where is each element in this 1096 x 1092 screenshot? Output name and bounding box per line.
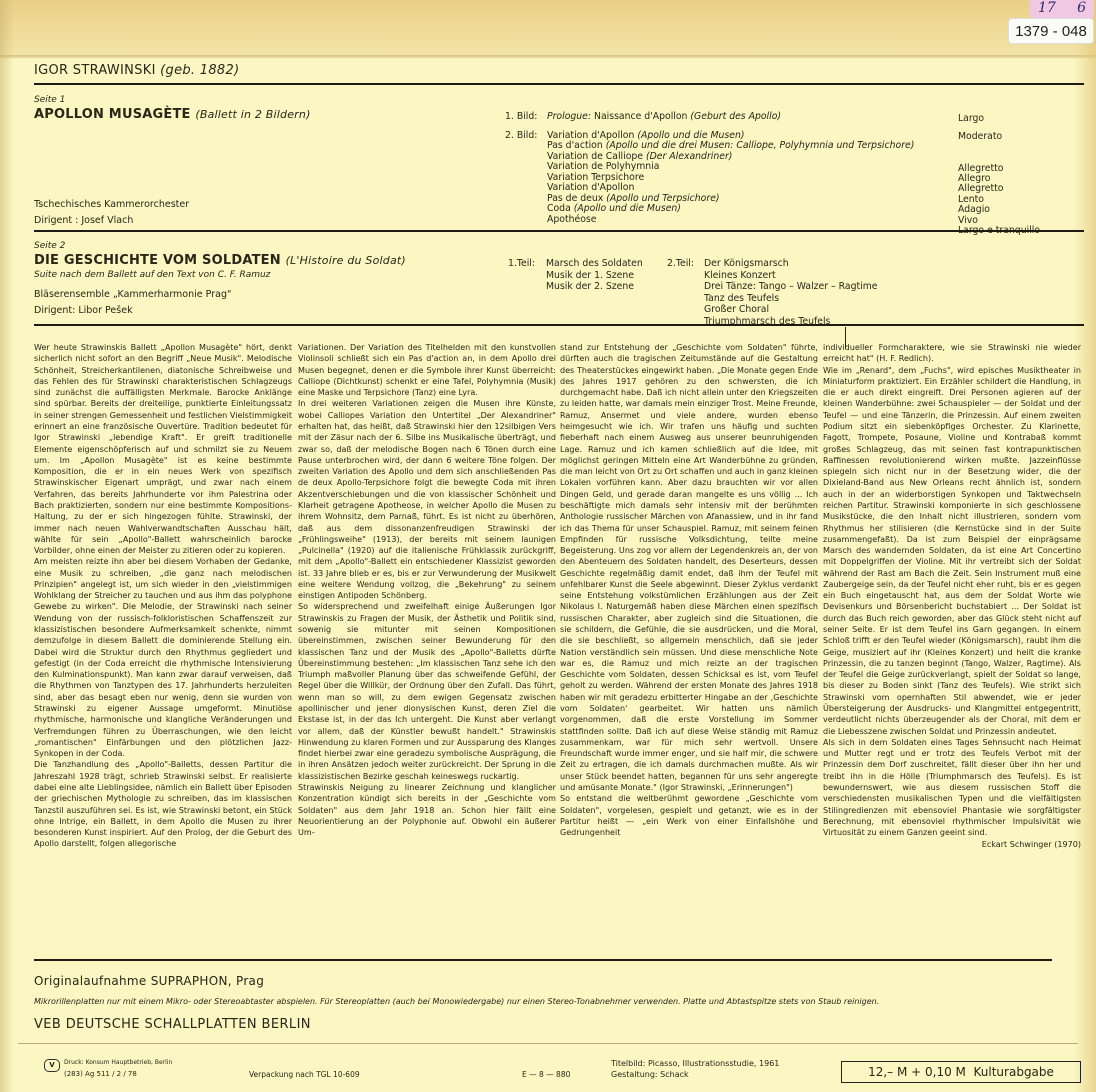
paragraph: Wie im „Renard", dem „Fuchs", wird episc… bbox=[823, 365, 1081, 737]
paragraph: Die Tanzhandlung des „Apollo"-Balletts, … bbox=[34, 759, 292, 849]
track-row: Drei Tänze: Tango – Walzer – Ragtime bbox=[704, 281, 878, 293]
track-row: Apothéose bbox=[505, 215, 914, 226]
composer-heading: IGOR STRAWINSKI (geb. 1882) bbox=[34, 63, 239, 78]
handwritten-note: 17 6 bbox=[1030, 0, 1094, 18]
paragraph: Als sich in dem Soldaten eines Tages Seh… bbox=[823, 737, 1081, 839]
track-row: Kleines Konzert bbox=[704, 270, 878, 282]
price-box: 12,– M + 0,10 M Kulturabgabe bbox=[841, 1061, 1081, 1083]
vinyl-logo-icon: V bbox=[44, 1059, 60, 1072]
track-row: Musik der 1. Szene bbox=[546, 270, 643, 282]
track-row: Musik der 2. Szene bbox=[546, 281, 643, 293]
top-band bbox=[0, 0, 1096, 58]
side1-tracklist: 1. Bild:Prologue: Naissance d'Apollon (G… bbox=[505, 112, 914, 225]
liner-notes-column-4: individueller Formcharaktere, wie sie St… bbox=[823, 342, 1081, 851]
side2-part1: 1.Teil: Marsch des Soldaten Musik der 1.… bbox=[508, 258, 643, 293]
liner-notes-column-3: stand zur Entstehung der „Geschichte vom… bbox=[560, 342, 818, 838]
packaging-note: Verpackung nach TGL 10-609 bbox=[249, 1070, 360, 1079]
paragraph: Wer heute Strawinskis Ballett „Apollon M… bbox=[34, 342, 292, 556]
side2-ensemble: Bläserensemble „Kammerharmonie Prag" bbox=[34, 289, 231, 300]
playback-note: Mikrorillenplatten nur mit einem Mikro- … bbox=[34, 997, 879, 1006]
side2-description: Suite nach dem Ballett auf den Text von … bbox=[34, 270, 270, 280]
left-edge-shadow bbox=[0, 0, 14, 1092]
tempo: Moderato bbox=[958, 132, 1040, 142]
side2-conductor: Dirigent: Libor Pešek bbox=[34, 305, 133, 316]
side1-rule bbox=[34, 230, 1084, 232]
cover-art-credit: Titelbild: Picasso, Illustrationsstudie,… bbox=[611, 1059, 779, 1068]
liner-notes-column-1: Wer heute Strawinskis Ballett „Apollon M… bbox=[34, 342, 292, 850]
track-row: 1. Bild:Prologue: Naissance d'Apollon (G… bbox=[505, 112, 914, 123]
notes-bottom-rule bbox=[34, 959, 1052, 961]
paragraph: Am meisten reizte ihn aber bei diesem Vo… bbox=[34, 556, 292, 759]
paragraph: So widersprechend und zweifelhaft einige… bbox=[298, 601, 556, 782]
author-credit: Eckart Schwinger (1970) bbox=[823, 839, 1081, 850]
e-code: E — 8 — 880 bbox=[522, 1070, 570, 1079]
tempo: Largo bbox=[958, 114, 1040, 124]
track-row: Marsch des Soldaten bbox=[546, 258, 643, 270]
paragraph: Variationen. Der Variation des Titelheld… bbox=[298, 342, 556, 398]
liner-notes-column-2: Variationen. Der Variation des Titelheld… bbox=[298, 342, 556, 838]
catalog-number: 1379 - 048 bbox=[1008, 18, 1094, 44]
original-recording: Originalaufnahme SUPRAPHON, Prag bbox=[34, 974, 264, 988]
top-band-edge bbox=[0, 55, 1096, 59]
side2-part2: 2.Teil: Der Königsmarsch Kleines Konzert… bbox=[667, 258, 878, 328]
track-row: Großer Choral bbox=[704, 304, 878, 316]
side1-label: Seite 1 bbox=[34, 95, 65, 105]
side2-label: Seite 2 bbox=[34, 241, 65, 251]
design-credit: Gestaltung: Schack bbox=[611, 1070, 689, 1079]
side1-title: APOLLON MUSAGÈTE (Ballett in 2 Bildern) bbox=[34, 107, 311, 122]
track-row: Tanz des Teufels bbox=[704, 293, 878, 305]
paragraph: Strawinskis Neigung zu linearer Zeichnun… bbox=[298, 782, 556, 838]
side1-conductor: Dirigent : Josef Vlach bbox=[34, 215, 133, 226]
paragraph: stand zur Entstehung der „Geschichte vom… bbox=[560, 342, 818, 793]
price: 12,– M + 0,10 M Kulturabgabe bbox=[868, 1065, 1054, 1079]
side2-rule bbox=[34, 324, 1084, 326]
paragraph: So entstand die weltberühmt gewordene „G… bbox=[560, 793, 818, 838]
paragraph: individueller Formcharaktere, wie sie St… bbox=[823, 342, 1081, 365]
side1-tempos: Largo Moderato Allegretto Allegro Allegr… bbox=[958, 114, 1040, 236]
print-code: (283) Ag 511 / 2 / 78 bbox=[64, 1070, 137, 1078]
publisher: VEB DEUTSCHE SCHALLPLATTEN BERLIN bbox=[34, 1017, 311, 1032]
catalog-sticker: 17 6 1379 - 048 bbox=[1008, 0, 1094, 48]
composer-birth-note: (geb. 1882) bbox=[160, 63, 239, 78]
printer-credit: Druck: Konsum Hauptbetrieb, Berlin bbox=[64, 1059, 172, 1066]
side2-title: DIE GESCHICHTE VOM SOLDATEN (L'Histoire … bbox=[34, 253, 406, 268]
header-rule bbox=[34, 83, 1084, 85]
paragraph: In drei weiteren Variationen zeigen die … bbox=[298, 398, 556, 601]
side1-orchestra: Tschechisches Kammerorchester bbox=[34, 199, 189, 210]
footer-divider bbox=[18, 1043, 1078, 1044]
track-row: Der Königsmarsch bbox=[704, 258, 878, 270]
